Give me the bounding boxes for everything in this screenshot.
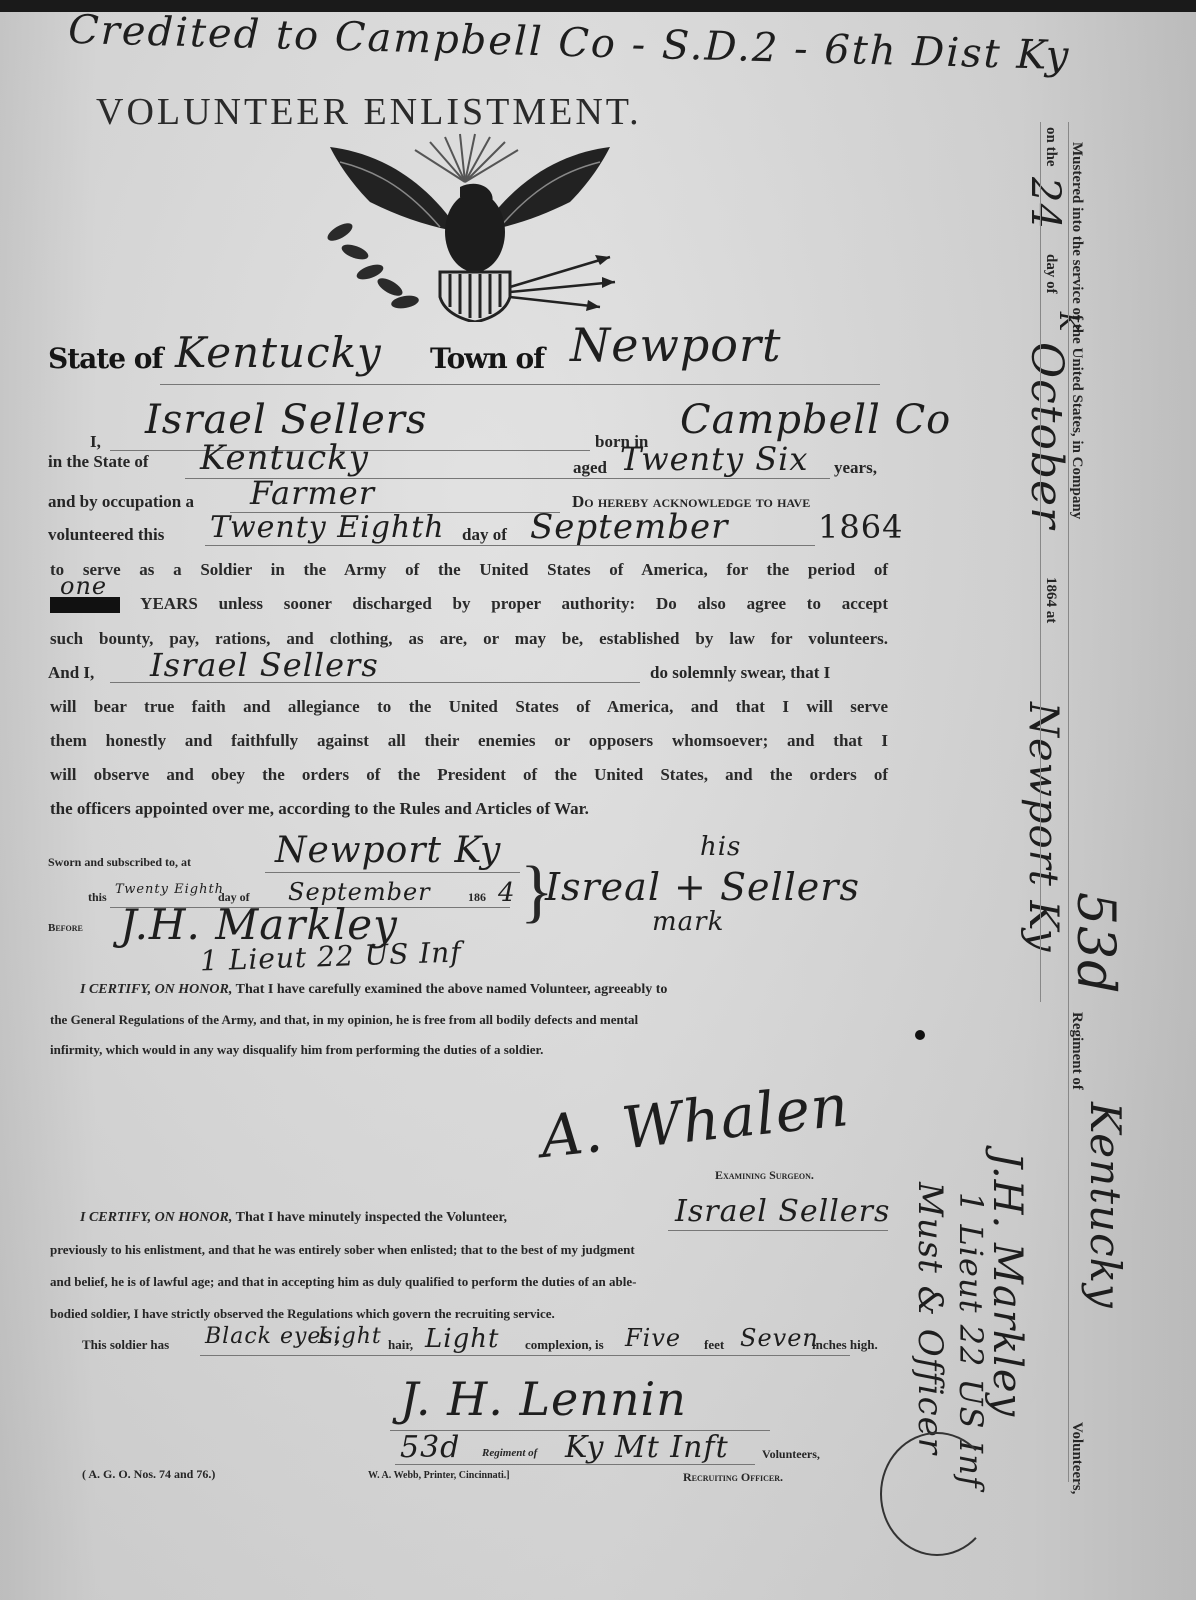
muster-regiment-value: 53d xyxy=(1065,892,1125,994)
credited-annotation: Credited to Campbell Co - S.D.2 - 6th Di… xyxy=(68,12,1071,79)
volunteer-name: Israel Sellers xyxy=(145,397,427,443)
sworn-label: Sworn and subscribed to, at xyxy=(48,855,191,870)
surgeon-cert-heading: I CERTIFY, ON HONOR, xyxy=(80,982,232,997)
day-of-label: day of xyxy=(462,525,507,545)
muster-regiment-number: 53d xyxy=(1065,892,1125,994)
terms-line-1: to serve as a Soldier in the Army of the… xyxy=(50,560,888,580)
recruiter-cert-line-4: bodied soldier, I have strictly observed… xyxy=(50,1306,555,1322)
state-label: State of xyxy=(48,342,163,375)
enlistment-document: Credited to Campbell Co - S.D.2 - 6th Di… xyxy=(0,12,1196,1600)
oath-rule xyxy=(110,682,640,683)
signature-flourish xyxy=(880,1432,994,1556)
muster-day-of-label: day of xyxy=(1043,254,1059,294)
description-prefix: This soldier has xyxy=(82,1337,169,1353)
hair-value: Light xyxy=(318,1324,382,1349)
regiment-number: 53d xyxy=(400,1430,460,1465)
recruiter-cert-name-rule xyxy=(668,1230,888,1231)
recruiter-cert-volunteer-name: Israel Sellers xyxy=(675,1194,890,1229)
redaction-block xyxy=(50,597,120,613)
muster-year: 1864 at xyxy=(1042,577,1062,623)
recruiter-cert-line-3: and belief, he is of lawful age; and tha… xyxy=(50,1274,636,1290)
aged-label: aged xyxy=(573,458,607,478)
inches-value: Seven xyxy=(740,1324,819,1352)
sworn-place: Newport Ky xyxy=(275,830,501,871)
occupation-value: Farmer xyxy=(250,474,375,512)
muster-month: October xyxy=(1021,342,1072,529)
age-value: Twenty Six xyxy=(620,440,808,478)
born-value: Campbell Co xyxy=(680,397,951,443)
muster-officer-signature-value: J.H. Markley xyxy=(984,1152,1030,1417)
oath-suffix: do solemnly swear, that I xyxy=(650,663,830,683)
muster-volunteers: Volunteers, xyxy=(1068,1422,1088,1494)
oath-prefix: And I, xyxy=(48,663,94,683)
muster-volunteers-label: Volunteers, xyxy=(1069,1422,1085,1494)
feet-value: Five xyxy=(625,1324,681,1352)
recruiter-signature: J. H. Lennin xyxy=(400,1372,687,1426)
muster-rule-left xyxy=(1040,122,1042,1002)
surgeon-cert-line-2: the General Regulations of the Army, and… xyxy=(50,1012,638,1028)
recruiter-cert-text-1: That I have minutely inspected the Volun… xyxy=(236,1210,507,1225)
state-town-rule xyxy=(160,384,880,385)
muster-day: 24 xyxy=(1022,177,1068,230)
feet-label: feet xyxy=(704,1337,724,1353)
oath-line-2: them honestly and faithfully against all… xyxy=(50,731,888,751)
ink-dot xyxy=(915,1030,925,1040)
muster-officer-role-value: Must & Officer xyxy=(910,1182,950,1455)
eagle-emblem-icon xyxy=(310,122,620,322)
muster-state-value: Kentucky xyxy=(1081,1102,1130,1309)
sworn-this-label: this xyxy=(88,890,107,905)
surgeon-signature: A. Whalen xyxy=(537,1071,852,1171)
volunteer-mark-signature: Isreal + Sellers xyxy=(545,865,860,909)
muster-state: Kentucky xyxy=(1081,1102,1130,1309)
volunteered-label: volunteered this xyxy=(48,525,164,545)
volunteers-label: Volunteers, xyxy=(762,1447,820,1462)
muster-regiment-of: Regiment of xyxy=(1068,1012,1088,1090)
birth-state-value: Kentucky xyxy=(200,438,369,478)
recruiting-officer-title: Recruiting Officer. xyxy=(683,1470,783,1485)
state-of-label: in the State of xyxy=(48,452,149,472)
town-value: Newport xyxy=(570,318,781,372)
muster-regiment-of-label: Regiment of xyxy=(1069,1012,1085,1090)
ago-reference: ( A. G. O. Nos. 74 and 76.) xyxy=(82,1467,215,1482)
muster-month-value: October xyxy=(1021,342,1072,529)
mark-label: mark xyxy=(652,907,724,937)
volunteer-month: September xyxy=(530,507,728,547)
terms-line-2-text: YEARS unless sooner discharged by proper… xyxy=(140,594,888,613)
terms-line-2: YEARS unless sooner discharged by proper… xyxy=(50,594,888,614)
volunteer-day: Twenty Eighth xyxy=(210,510,445,545)
hair-label: hair, xyxy=(388,1337,413,1353)
surgeon-cert-text-1: That I have carefully examined the above… xyxy=(236,982,668,997)
state-value: Kentucky xyxy=(175,328,382,377)
recruiter-cert-heading: I CERTIFY, ON HONOR, xyxy=(80,1210,232,1225)
town-label: Town of xyxy=(430,342,544,375)
muster-rule-right xyxy=(1068,122,1070,1482)
muster-place: Newport Ky xyxy=(1020,702,1066,952)
complexion-value: Light xyxy=(425,1324,499,1354)
muster-day-value: 24 xyxy=(1022,177,1068,230)
printer-credit: W. A. Webb, Printer, Cincinnati.] xyxy=(368,1470,510,1481)
recruiter-cert-line-1: I CERTIFY, ON HONOR, That I have minutel… xyxy=(80,1210,507,1226)
complexion-label: complexion, is xyxy=(525,1337,604,1353)
regiment-unit: Ky Mt Inft xyxy=(565,1430,729,1465)
description-rule xyxy=(200,1355,850,1356)
sworn-year-suffix: 4 xyxy=(498,878,516,908)
occupation-label: and by occupation a xyxy=(48,492,194,512)
surgeon-cert-line-1: I CERTIFY, ON HONOR, That I have careful… xyxy=(80,982,667,998)
inches-label: inches high. xyxy=(812,1337,878,1353)
sworn-place-rule xyxy=(265,872,520,873)
recruiter-cert-line-2: previously to his enlistment, and that h… xyxy=(50,1242,635,1258)
his-label: his xyxy=(700,832,741,862)
oath-line-3: will observe and obey the orders of the … xyxy=(50,765,888,785)
regiment-rule xyxy=(395,1464,755,1465)
surgeon-cert-line-3: infirmity, which would in any way disqua… xyxy=(50,1042,543,1058)
line1-prefix: I, xyxy=(90,432,101,452)
muster-officer-role: Must & Officer xyxy=(910,1182,950,1455)
muster-line-b-on-the: on the xyxy=(1042,127,1062,167)
oath-name: Israel Sellers xyxy=(150,646,379,684)
muster-officer-signature: J.H. Markley xyxy=(984,1152,1030,1417)
sworn-year-prefix: 186 xyxy=(468,890,486,905)
oath-line-1: will bear true faith and allegiance to t… xyxy=(50,697,888,717)
before-label: Before xyxy=(48,922,83,934)
regiment-label: Regiment of xyxy=(482,1447,537,1459)
line4-rule xyxy=(205,545,815,546)
muster-year-label: 1864 at xyxy=(1043,577,1059,623)
muster-day-of: day of xyxy=(1042,254,1062,294)
oath-line-4: the officers appointed over me, accordin… xyxy=(50,799,589,819)
surgeon-title: Examining Surgeon. xyxy=(715,1168,814,1183)
muster-place-value: Newport Ky xyxy=(1020,702,1066,952)
years-label: years, xyxy=(834,458,877,478)
muster-on-the-label: on the xyxy=(1043,127,1059,167)
volunteer-year: 1864 xyxy=(818,508,903,546)
sworn-day: Twenty Eighth xyxy=(115,882,224,897)
